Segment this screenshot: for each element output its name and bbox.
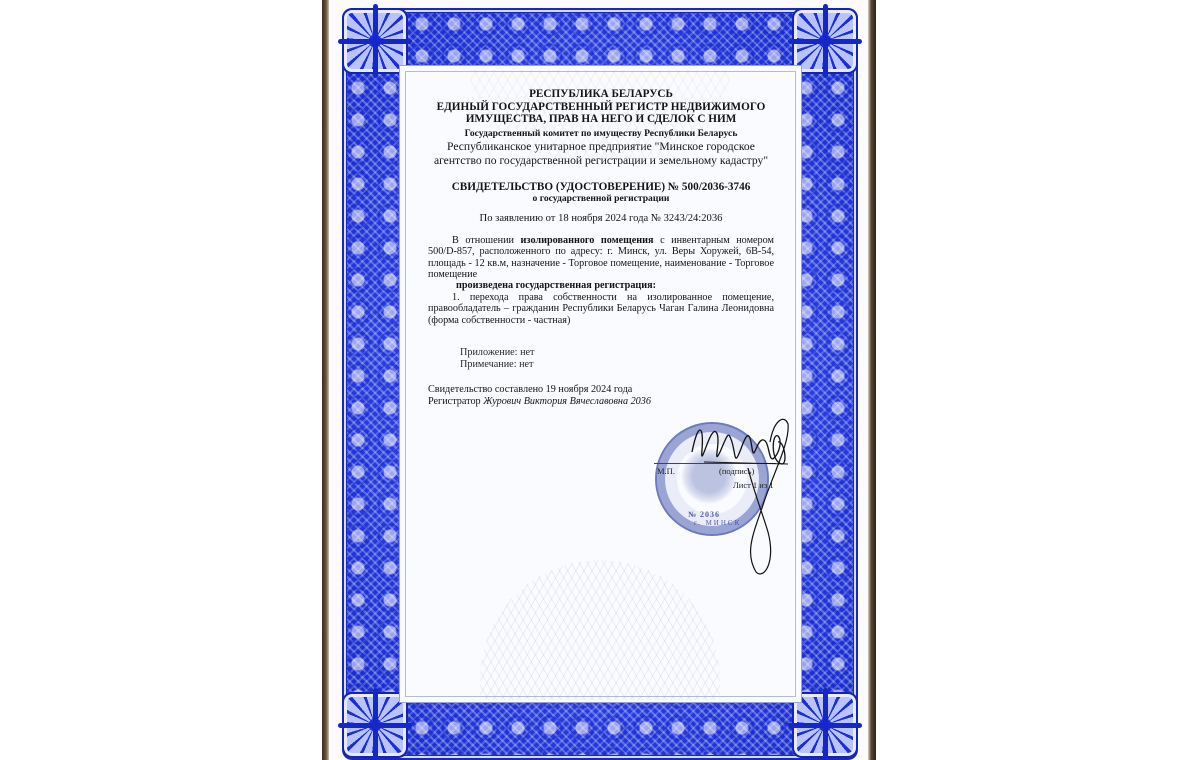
header-organization: Республиканское унитарное предприятие "М… [428,140,774,168]
header-registry-line2: ИМУЩЕСТВА, ПРАВ НА НЕГО И СДЕЛОК С НИМ [428,113,774,126]
table-edge-left [322,0,329,760]
table-edge-right [868,0,876,760]
issue-date: Свидетельство составлено 19 ноября 2024 … [428,384,774,396]
header-country: РЕСПУБЛИКА БЕЛАРУСЬ [428,88,774,101]
header-committee: Государственный комитет по имуществу Рес… [428,127,774,140]
corner-ornament-icon [344,694,406,756]
registration-item: 1. перехода права собственности на изоли… [428,292,774,326]
corner-ornament-icon [794,10,856,72]
property-type: изолированного помещения [521,235,654,246]
header-registry-line1: ЕДИНЫЙ ГОСУДАРСТВЕННЫЙ РЕГИСТР НЕДВИЖИМО… [428,101,774,114]
registrar-line: Регистратор Журович Виктория Вячеславовн… [428,396,774,408]
registrar-name: Журович Виктория Вячеславовна 2036 [483,396,651,407]
application-reference: По заявлению от 18 ноября 2024 года № 32… [428,213,774,225]
seal-place-label: М.П. [657,466,675,476]
handwritten-signature-icon [684,412,794,582]
corner-ornament-icon [344,10,406,72]
property-description: В отношении изолированного помещения с и… [428,235,774,281]
note-line: Примечание: нет [460,359,774,371]
corner-ornament-icon [794,694,856,756]
annex-line: Приложение: нет [460,347,774,359]
certificate-document: РЕСПУБЛИКА БЕЛАРУСЬ ЕДИНЫЙ ГОСУДАРСТВЕНН… [428,88,774,408]
certificate-title: СВИДЕТЕЛЬСТВО (УДОСТОВЕРЕНИЕ) № 500/2036… [428,181,774,193]
certificate-subtitle: о государственной регистрации [428,193,774,205]
registration-heading: произведена государственная регистрация: [456,280,774,291]
